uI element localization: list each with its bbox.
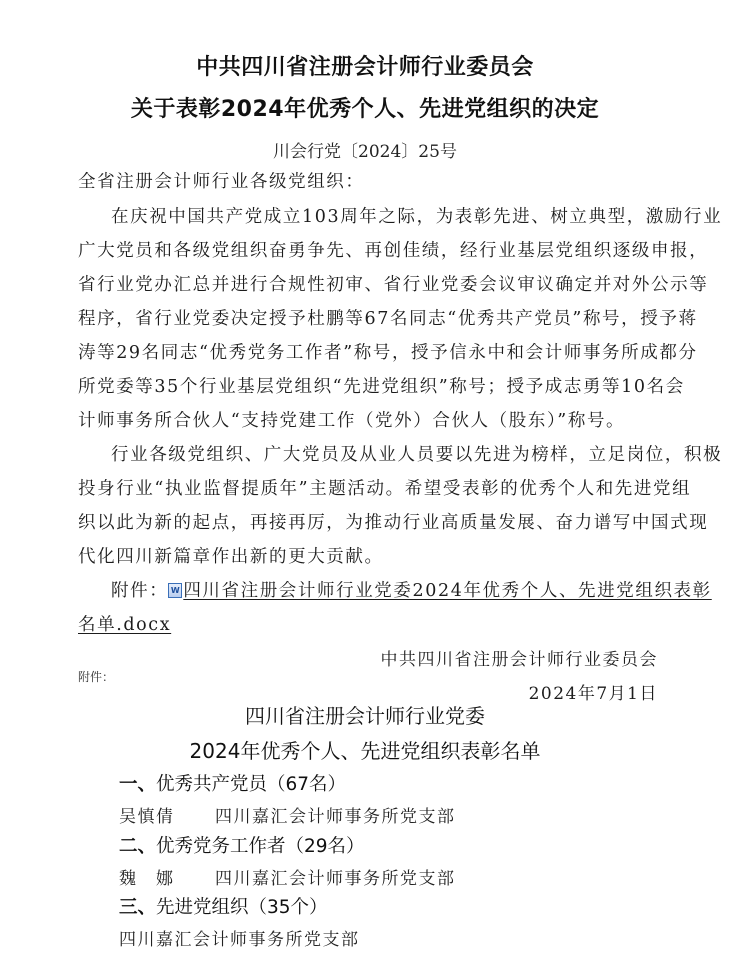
paragraph-line: 在庆祝中国共产党成立103周年之际，为表彰先进、树立典型，激励行业 xyxy=(111,203,722,228)
paragraph-line: 所党委等35个行业基层党组织“先进党组织”称号；授予成志勇等10名会 xyxy=(78,373,685,398)
document-page: 中共四川省注册会计师行业委员会 关于表彰2024年优秀个人、先进党组织的决定 川… xyxy=(0,0,730,967)
paragraph-line: 计师事务所合伙人“支持党建工作（党外）合伙人（股东）”称号。 xyxy=(78,407,625,432)
honoree-organization: 四川嘉汇会计师事务所党支部 xyxy=(215,869,456,889)
section-heading-2: 二、优秀党务工作者（29名） xyxy=(119,832,365,858)
attachment-row-continued: 名单.docx xyxy=(78,611,171,636)
section-title: 优秀共产党员（67名） xyxy=(156,774,346,795)
appendix-title-line2: 2024年优秀个人、先进党组织表彰名单 xyxy=(0,735,730,764)
document-title-line1: 中共四川省注册会计师行业委员会 xyxy=(0,50,730,81)
attachment-label: 附件： xyxy=(111,581,168,601)
section-heading-3: 三、先进党组织（35个） xyxy=(119,893,328,919)
signature-organization: 中共四川省注册会计师行业委员会 xyxy=(381,645,659,670)
list-item: 四川嘉汇会计师事务所党支部 xyxy=(119,925,360,950)
paragraph-line: 织以此为新的起点，再接再厉，为推动行业高质量发展、奋力谱写中国式现 xyxy=(78,509,708,534)
appendix-title-line1: 四川省注册会计师行业党委 xyxy=(0,700,730,729)
section-title: 优秀党务工作者（29名） xyxy=(156,836,365,857)
paragraph-line: 投身行业“执业监督提质年”主题活动。希望受表彰的优秀个人和先进党组 xyxy=(78,475,691,500)
advanced-organization: 四川嘉汇会计师事务所党支部 xyxy=(119,930,360,950)
paragraph-line: 程序，省行业党委决定授予杜鹏等67名同志“优秀共产党员”称号，授予蒋 xyxy=(78,305,698,330)
section-number: 三、 xyxy=(119,897,156,918)
section-number: 一、 xyxy=(119,774,156,795)
list-item: 吴慎倩四川嘉汇会计师事务所党支部 xyxy=(119,802,456,827)
attachment-link-continued[interactable]: 名单.docx xyxy=(78,615,171,635)
section-number: 二、 xyxy=(119,836,156,857)
word-document-icon: W xyxy=(168,583,182,598)
paragraph-line: 涛等29名同志“优秀党务工作者”称号，授予信永中和会计师事务所成都分 xyxy=(78,339,698,364)
paragraph-line: 代化四川新篇章作出新的更大贡献。 xyxy=(78,543,384,568)
section-heading-1: 一、优秀共产党员（67名） xyxy=(119,770,346,796)
paragraph-line: 行业各级党组织、广大党员及从业人员要以先进为榜样，立足岗位，积极 xyxy=(111,441,722,466)
attachment-row: 附件：W四川省注册会计师行业党委2024年优秀个人、先进党组织表彰 xyxy=(111,577,712,602)
honoree-name: 吴慎倩 xyxy=(119,802,215,827)
salutation: 全省注册会计师行业各级党组织： xyxy=(78,168,365,193)
section-title: 先进党组织（35个） xyxy=(156,897,328,918)
honoree-organization: 四川嘉汇会计师事务所党支部 xyxy=(215,807,456,827)
honoree-name: 魏 娜 xyxy=(119,864,215,889)
paragraph-line: 省行业党办汇总并进行合规性初审、省行业党委会议审议确定并对外公示等 xyxy=(78,271,708,296)
attachment-link[interactable]: W四川省注册会计师行业党委2024年优秀个人、先进党组织表彰 xyxy=(168,581,711,601)
attachment-link-text-1: 四川省注册会计师行业党委2024年优秀个人、先进党组织表彰 xyxy=(183,581,711,601)
paragraph-line: 广大党员和各级党组织奋勇争先、再创佳绩，经行业基层党组织逐级申报， xyxy=(78,237,708,262)
document-title-line2: 关于表彰2024年优秀个人、先进党组织的决定 xyxy=(0,92,730,123)
document-number: 川会行党〔2024〕25号 xyxy=(0,137,730,162)
list-item: 魏 娜四川嘉汇会计师事务所党支部 xyxy=(119,864,456,889)
appendix-label: 附件： xyxy=(78,668,114,685)
